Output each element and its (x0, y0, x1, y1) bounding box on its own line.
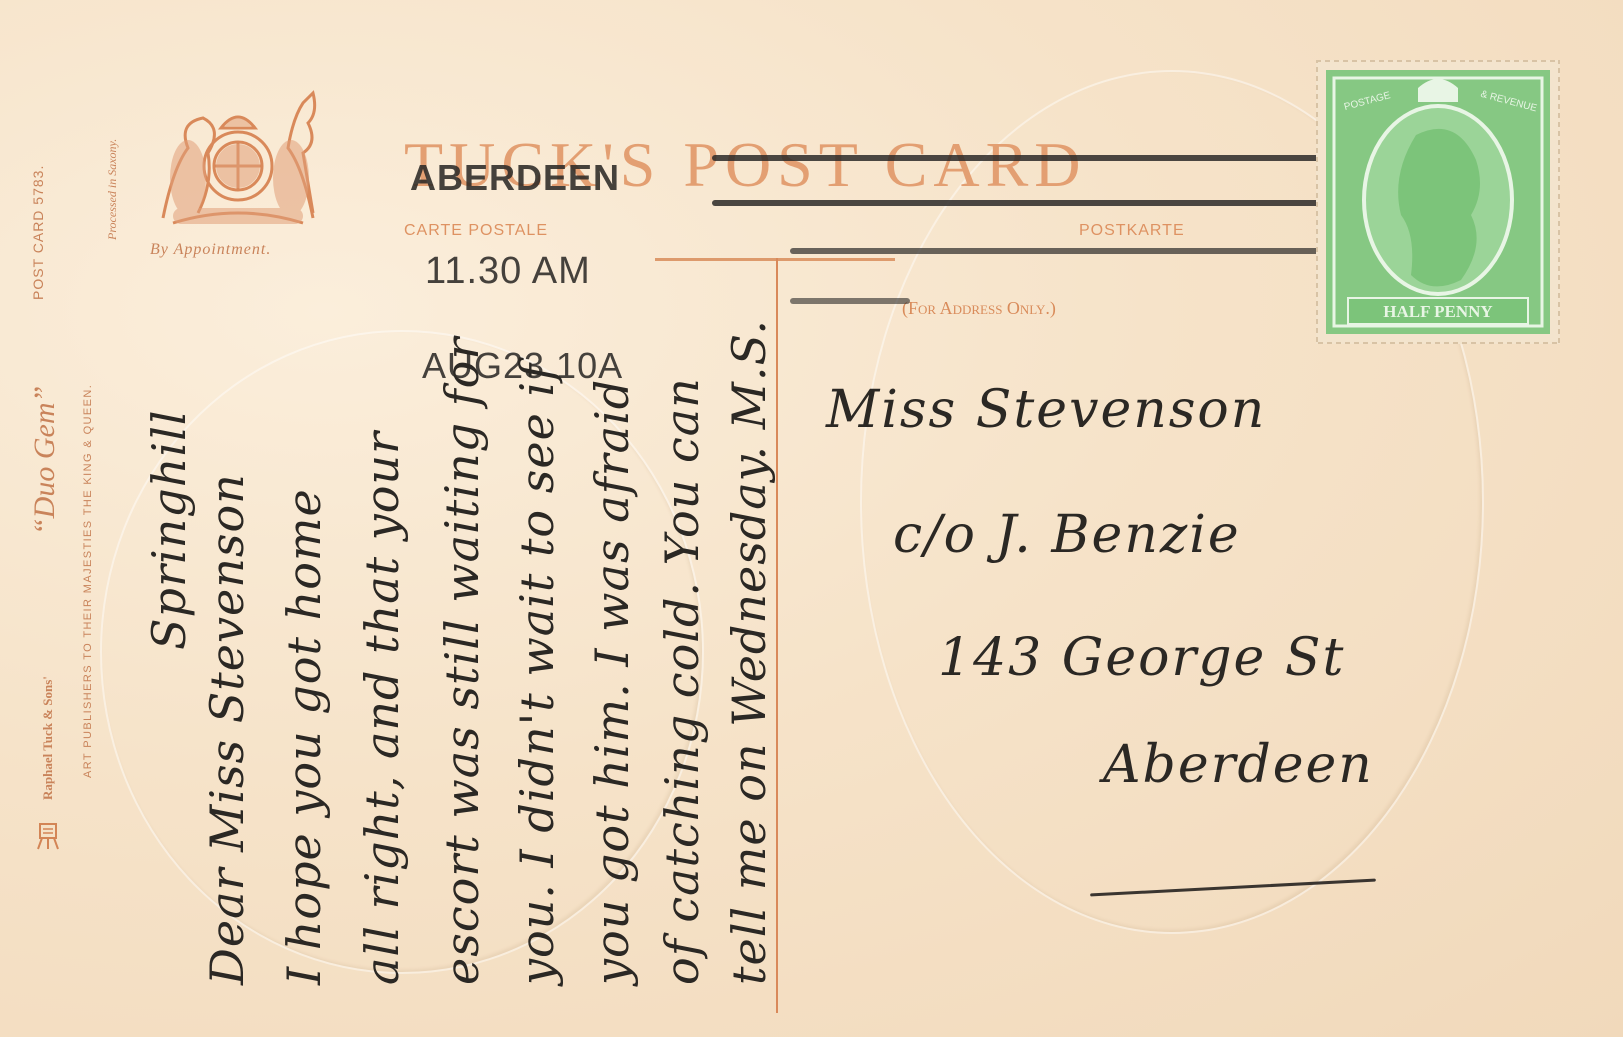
royal-coat-of-arms-icon (143, 78, 333, 238)
crest-caption: By Appointment. (150, 241, 271, 259)
divider-vertical (776, 258, 778, 1013)
address-line: 143 George St (938, 628, 1345, 688)
message-line: tell me on Wednesday. M.S. (722, 319, 776, 985)
stamp-value: HALF PENNY (1383, 302, 1492, 321)
processed-note: Processed in Saxony. (103, 130, 121, 240)
series-number: POST CARD 5783. (30, 165, 46, 300)
message-line: all right, and that your (355, 431, 409, 985)
message-line: escort was still waiting for (435, 337, 489, 985)
subheading-french: CARTE POSTALE (404, 222, 548, 240)
publisher-name: Raphael Tuck & Sons' (40, 676, 56, 800)
message-line: of catching cold. You can (655, 377, 709, 985)
subheading-german: POSTKARTE (1079, 222, 1185, 240)
postmark-city: ABERDEEN (410, 157, 620, 199)
brand-name: “Duo Gem” (28, 386, 62, 535)
publisher-tagline: ART PUBLISHERS TO THEIR MAJESTIES THE KI… (82, 384, 94, 778)
message-line: you. I didn't wait to see if (510, 363, 564, 985)
cancellation-bar (790, 298, 910, 304)
address-line: c/o J. Benzie (893, 505, 1241, 565)
king-edward-vii-stamp-icon: HALF PENNY POSTAGE & REVENUE (1316, 60, 1560, 344)
postcard-back: POST CARD 5783. “Duo Gem” Raphael Tuck &… (0, 0, 1623, 1037)
message-line: Dear Miss Stevenson (200, 473, 254, 985)
message-line: you got him. I was afraid (585, 379, 639, 985)
address-line: Aberdeen (1103, 735, 1374, 795)
address-note: (For Address Only.) (902, 298, 1056, 319)
postmark-time: 11.30 AM (425, 250, 591, 293)
tuck-easel-trademark-icon (34, 820, 62, 850)
address-line: Miss Stevenson (826, 380, 1266, 440)
message-line: I hope you got home (277, 488, 331, 985)
message-line: Springhill (142, 410, 196, 651)
divider-horizontal (655, 258, 895, 261)
